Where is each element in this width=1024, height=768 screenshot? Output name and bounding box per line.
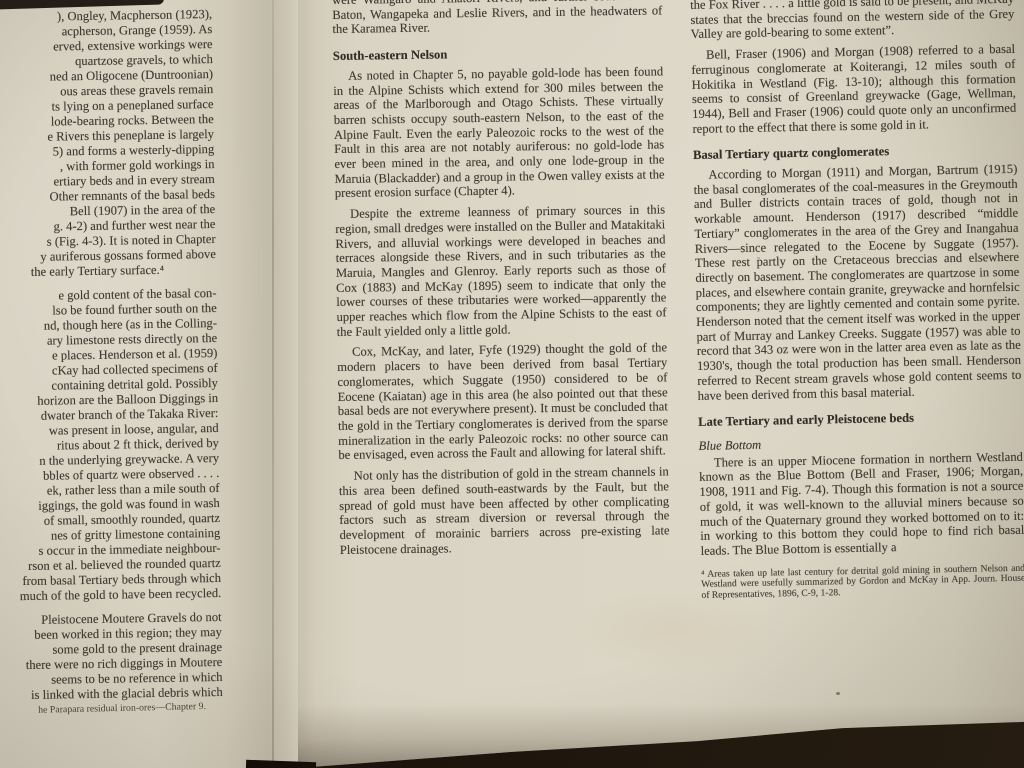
paper-speck <box>757 257 760 259</box>
bottom-edge-shadow <box>246 760 316 768</box>
text-block: Basal Tertiary quartz conglomerates <box>693 142 1017 163</box>
text-line: much of the gold to have been recycled. <box>0 586 221 608</box>
text-line: the early Tertiary surface.⁴ <box>0 262 216 284</box>
text-block: As noted in Chapter 5, no payable gold-l… <box>333 64 665 201</box>
text-block: Cox, McKay, and later, Fyfe (1929) thoug… <box>337 341 669 463</box>
book-photo: ), Ongley, Macpherson (1923),acpherson, … <box>0 0 1024 768</box>
text-block: Not only has the distribution of gold in… <box>339 464 670 557</box>
text-block: Bell, Fraser (1906) and Morgan (1908) re… <box>691 42 1017 136</box>
text-block: Despite the extreme leanness of primary … <box>335 203 667 340</box>
paper-speck <box>836 692 840 695</box>
text-block: South-eastern Nelson <box>333 44 663 63</box>
right-page-right-column: the Fox River . . . . a little gold is s… <box>690 0 1024 608</box>
text-block: According to Morgan (1911) and Morgan, B… <box>693 162 1021 403</box>
text-block: Late Tertiary and early Pleistocene beds <box>698 409 1022 430</box>
right-page: were Waingaro and Anatori Rivers, and fu… <box>298 0 1024 768</box>
text-block: the Fox River . . . . a little gold is s… <box>690 0 1015 42</box>
left-page-column: ), Ongley, Macpherson (1923),acpherson, … <box>0 7 223 707</box>
left-page-footnote: he Parapara residual iron-ores—Chapter 9… <box>38 701 206 716</box>
left-page: ), Ongley, Macpherson (1923),acpherson, … <box>0 0 298 768</box>
right-page-left-column: were Waingaro and Anatori Rivers, and fu… <box>332 0 670 563</box>
text-block: There is an upper Miocene formation in n… <box>699 449 1024 558</box>
text-block: ⁴ Areas taken up late last century for d… <box>701 563 1024 602</box>
text-block: were Waingaro and Anatori Rivers, and fu… <box>332 0 663 37</box>
